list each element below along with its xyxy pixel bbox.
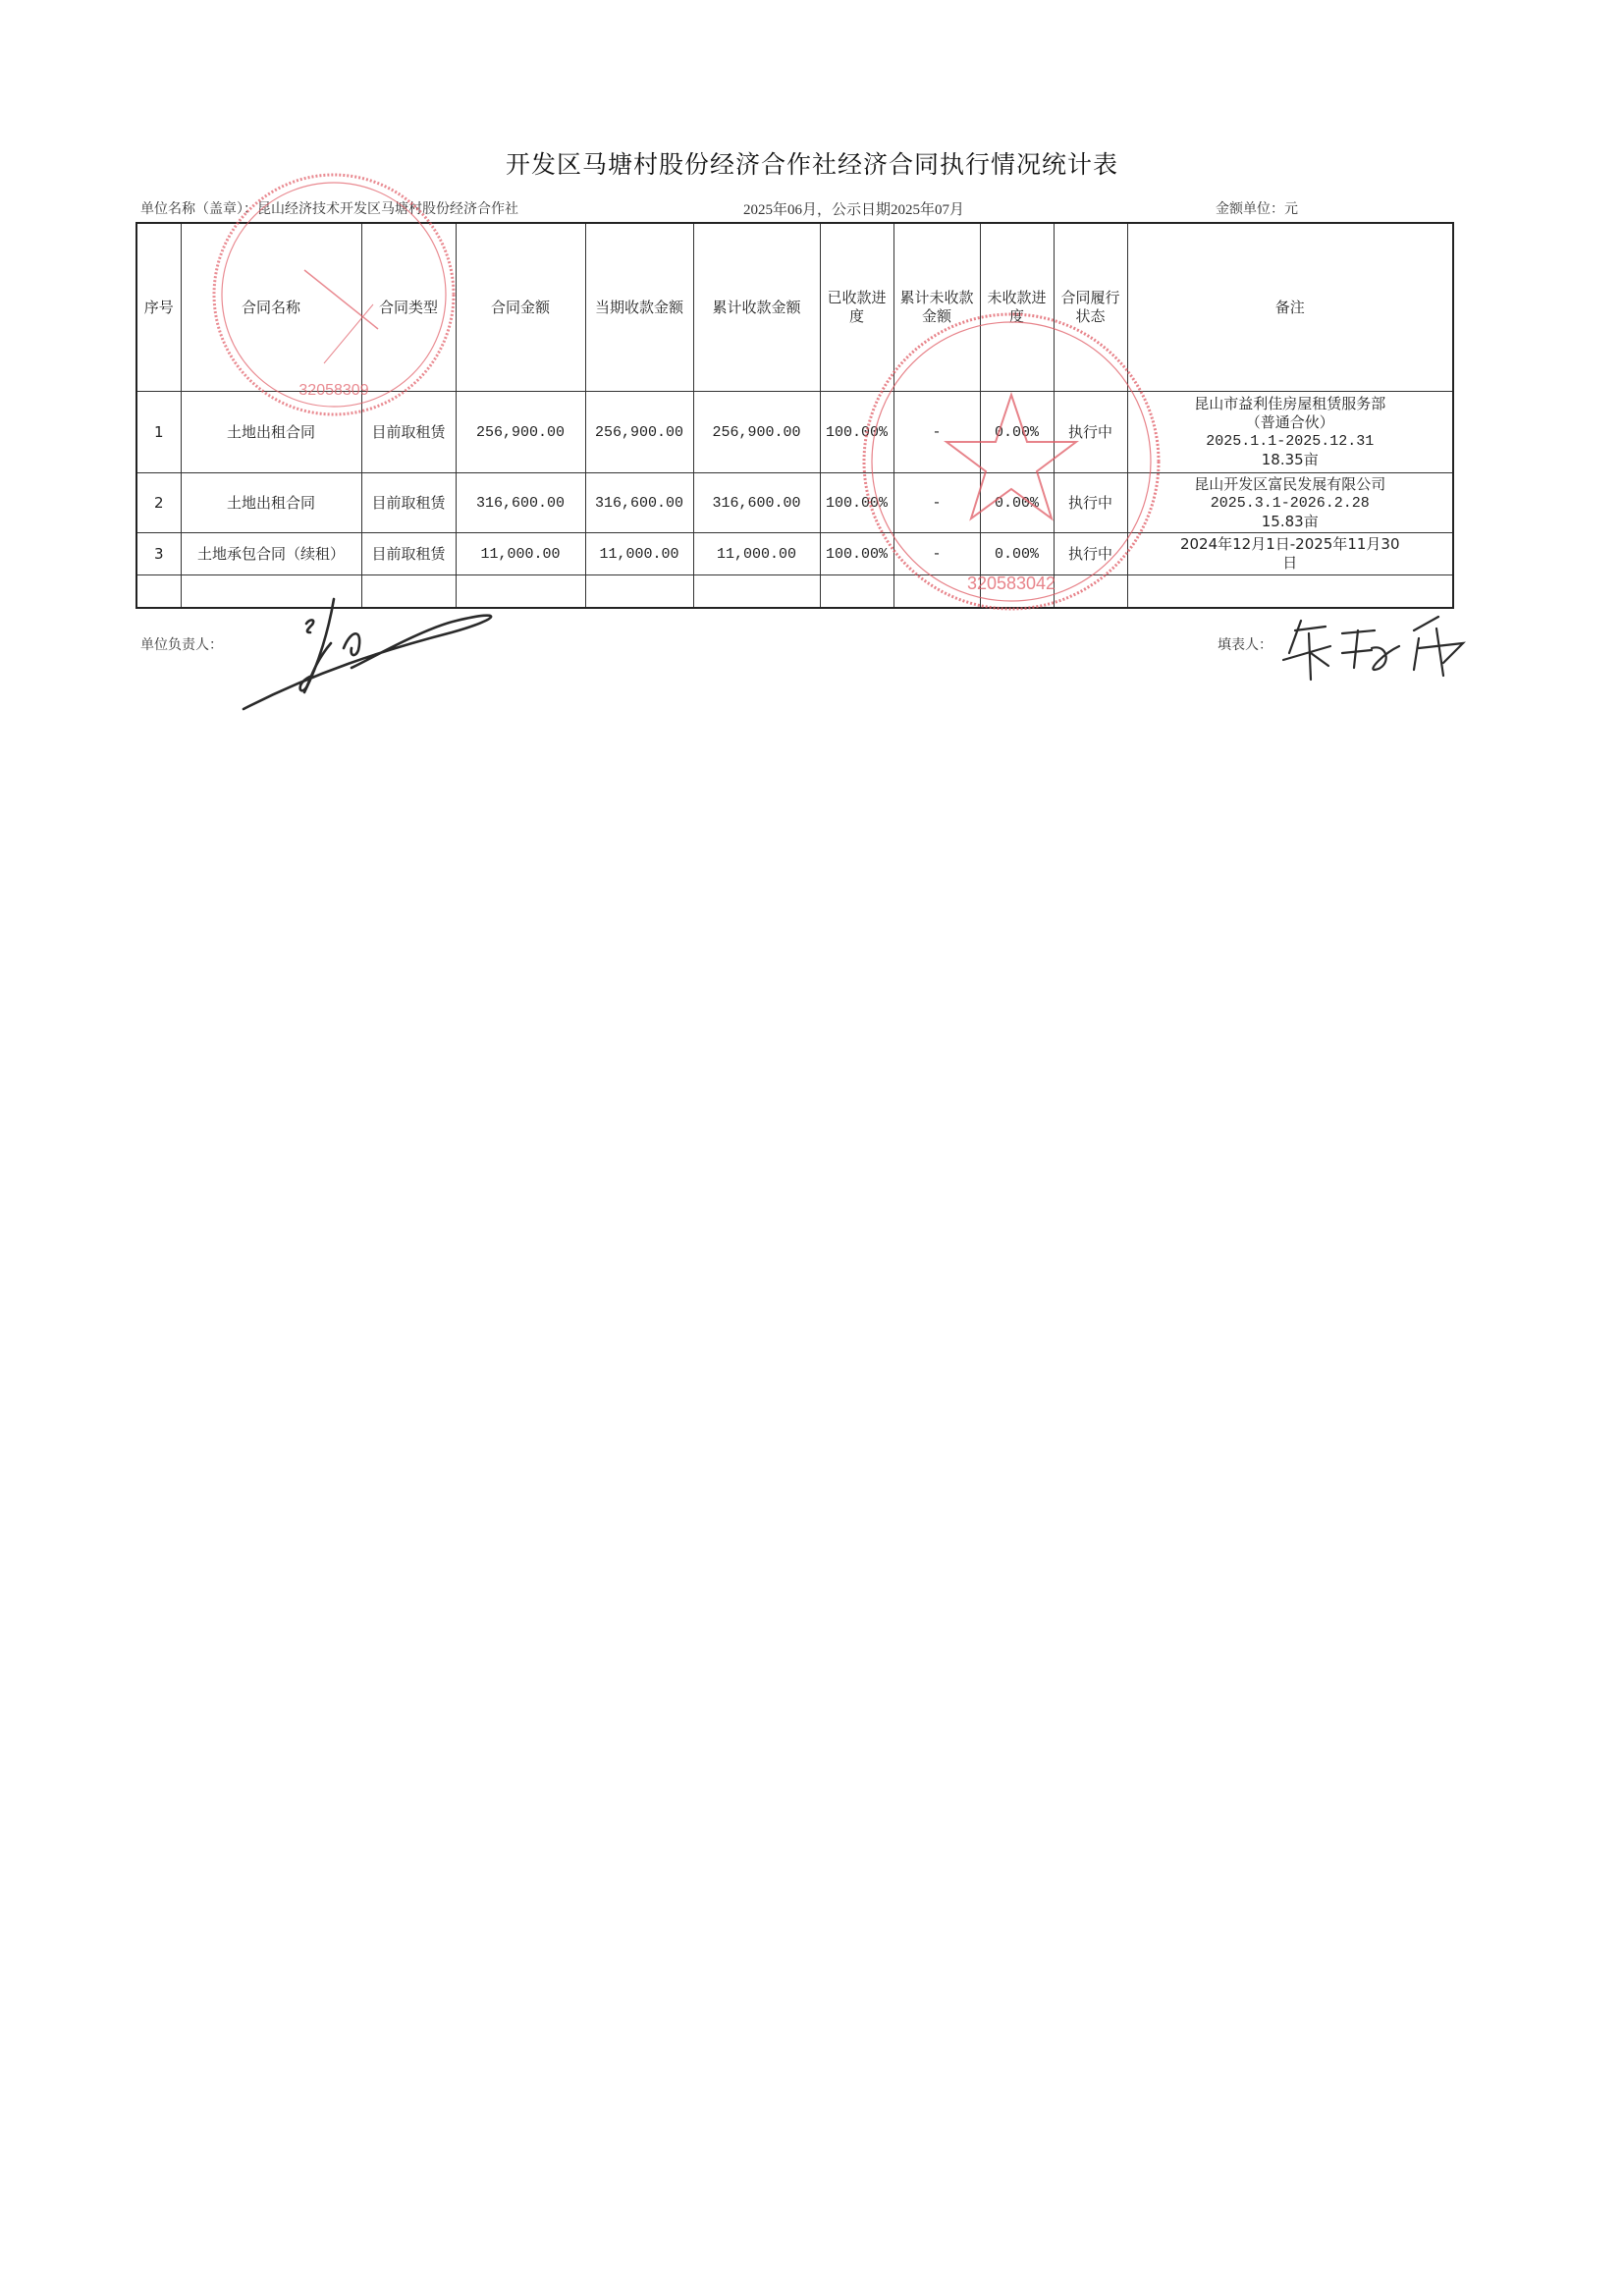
cell-contract-name: 土地承包合同（续租） — [181, 533, 361, 575]
header-cumulative-unreceived: 累计未收款金额 — [893, 223, 980, 392]
header-contract-amount: 合同金额 — [456, 223, 585, 392]
cell-cumulative-received: 11,000.00 — [693, 533, 820, 575]
header-current-received: 当期收款金额 — [585, 223, 693, 392]
cell-contract-type: 目前取租赁 — [361, 533, 456, 575]
cell-current-received: 256,900.00 — [585, 392, 693, 473]
preparer-signature-icon — [1281, 609, 1478, 687]
cell-index: 1 — [136, 392, 181, 473]
table-row: 2 土地出租合同 目前取租赁 316,600.00 316,600.00 316… — [136, 473, 1453, 533]
cell-status: 执行中 — [1054, 392, 1127, 473]
header-unreceived-progress: 未收款进度 — [980, 223, 1054, 392]
cell-notes: 昆山市益利佳房屋租赁服务部 （普通合伙） 2025.1.1-2025.12.31… — [1127, 392, 1453, 473]
contract-table: 序号 合同名称 合同类型 合同金额 当期收款金额 累计收款金额 已收款进度 累计… — [135, 222, 1454, 609]
cell-contract-name: 土地出租合同 — [181, 473, 361, 533]
cell-cumulative-unreceived: - — [893, 533, 980, 575]
cell-index: 3 — [136, 533, 181, 575]
table-header-row: 序号 合同名称 合同类型 合同金额 当期收款金额 累计收款金额 已收款进度 累计… — [136, 223, 1453, 392]
cell-notes: 2024年12月1日-2025年11月30 日 — [1127, 533, 1453, 575]
cell-status: 执行中 — [1054, 473, 1127, 533]
cell-unreceived-progress: 0.00% — [980, 392, 1054, 473]
note-line: 日 — [1130, 554, 1451, 573]
table-row-empty — [136, 575, 1453, 609]
cell-current-received: 316,600.00 — [585, 473, 693, 533]
cell-amount: 256,900.00 — [456, 392, 585, 473]
header-notes: 备注 — [1127, 223, 1453, 392]
cell-notes: 昆山开发区富民发展有限公司 2025.3.1-2026.2.28 15.83亩 — [1127, 473, 1453, 533]
cell-contract-name: 土地出租合同 — [181, 392, 361, 473]
header-cumulative-received: 累计收款金额 — [693, 223, 820, 392]
currency-unit-label: 金额单位：元 — [1216, 198, 1298, 218]
note-line: 2025.3.1-2026.2.28 — [1130, 494, 1451, 513]
cell-contract-type: 目前取租赁 — [361, 473, 456, 533]
note-line: 18.35亩 — [1130, 451, 1451, 469]
preparer-label: 填表人： — [1218, 634, 1272, 654]
responsible-person-label: 单位负责人： — [140, 634, 223, 654]
header-contract-type: 合同类型 — [361, 223, 456, 392]
cell-cumulative-received: 256,900.00 — [693, 392, 820, 473]
header-received-progress: 已收款进度 — [820, 223, 893, 392]
note-line: 15.83亩 — [1130, 513, 1451, 531]
document-title: 开发区马塘村股份经济合作社经济合同执行情况统计表 — [0, 145, 1624, 181]
cell-unreceived-progress: 0.00% — [980, 533, 1054, 575]
cell-received-progress: 100.00% — [820, 473, 893, 533]
note-line: 昆山开发区富民发展有限公司 — [1130, 475, 1451, 494]
cell-amount: 11,000.00 — [456, 533, 585, 575]
cell-cumulative-received: 316,600.00 — [693, 473, 820, 533]
cell-unreceived-progress: 0.00% — [980, 473, 1054, 533]
period-label: 2025年06月，公示日期2025年07月 — [743, 198, 964, 219]
note-line: 2025.1.1-2025.12.31 — [1130, 432, 1451, 451]
note-line: （普通合伙） — [1130, 413, 1451, 432]
note-line: 昆山市益利佳房屋租赁服务部 — [1130, 395, 1451, 413]
cell-received-progress: 100.00% — [820, 533, 893, 575]
cell-current-received: 11,000.00 — [585, 533, 693, 575]
cell-contract-type: 目前取租赁 — [361, 392, 456, 473]
note-line: 2024年12月1日-2025年11月30 — [1130, 535, 1451, 554]
cell-received-progress: 100.00% — [820, 392, 893, 473]
unit-name-label: 单位名称（盖章）：昆山经济技术开发区马塘村股份经济合作社 — [140, 198, 518, 218]
cell-index: 2 — [136, 473, 181, 533]
cell-status: 执行中 — [1054, 533, 1127, 575]
header-status: 合同履行状态 — [1054, 223, 1127, 392]
table-row: 3 土地承包合同（续租） 目前取租赁 11,000.00 11,000.00 1… — [136, 533, 1453, 575]
cell-cumulative-unreceived: - — [893, 473, 980, 533]
cell-cumulative-unreceived: - — [893, 392, 980, 473]
header-contract-name: 合同名称 — [181, 223, 361, 392]
cell-amount: 316,600.00 — [456, 473, 585, 533]
header-index: 序号 — [136, 223, 181, 392]
table-row: 1 土地出租合同 目前取租赁 256,900.00 256,900.00 256… — [136, 392, 1453, 473]
